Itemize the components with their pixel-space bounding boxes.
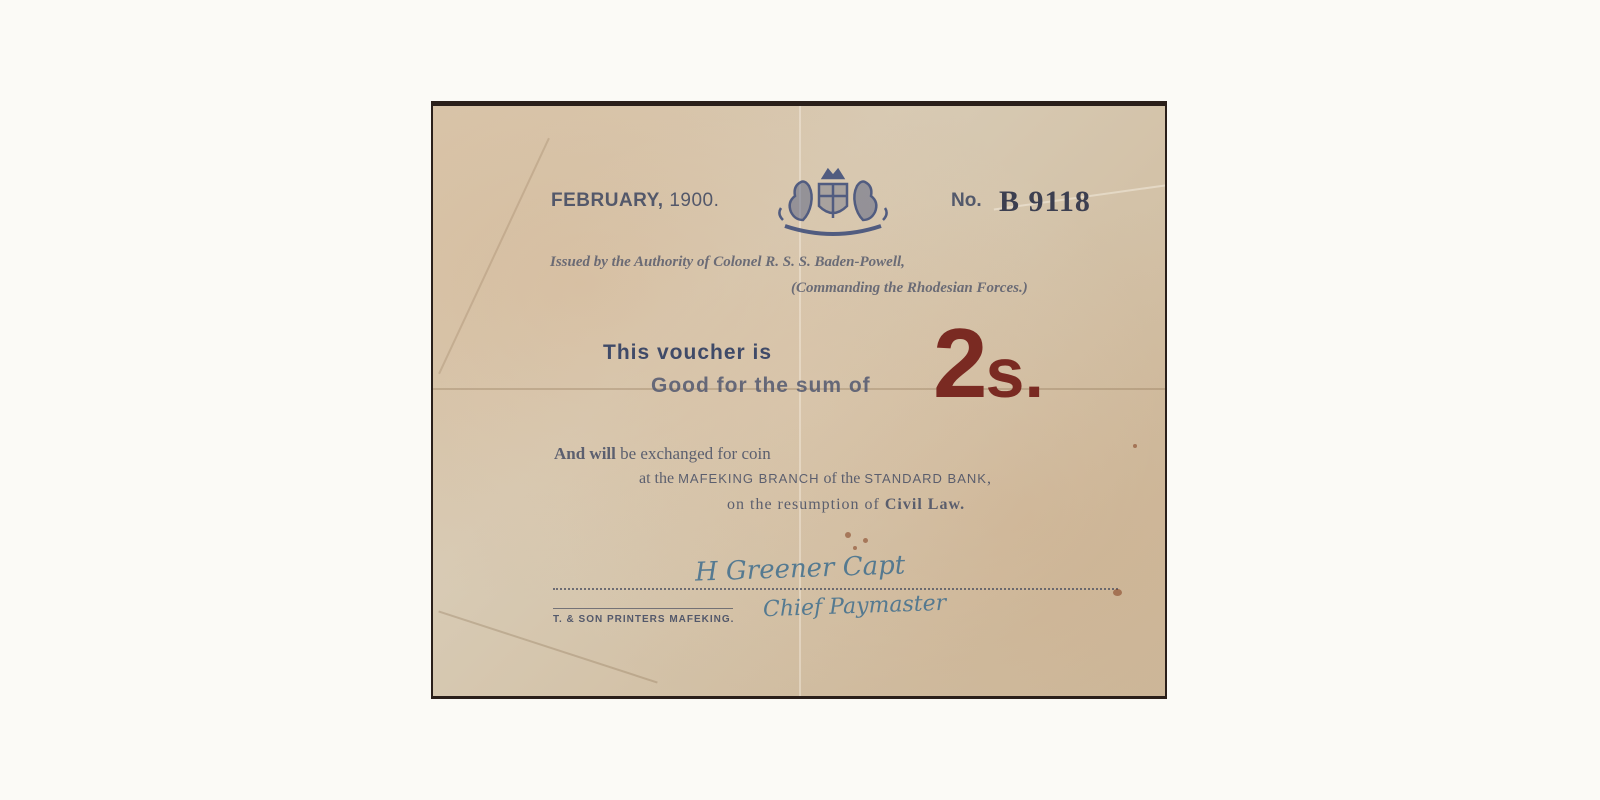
ink-stain — [863, 538, 868, 543]
issue-year: 1900. — [669, 190, 719, 211]
ink-stain — [845, 532, 851, 538]
denomination: 2s. — [933, 314, 1044, 412]
bank-name: STANDARD BANK — [864, 471, 987, 486]
exchange-line-3-bold: Civil Law. — [885, 496, 965, 513]
exchange-line-1-bold: And will — [554, 444, 616, 463]
paper-crease — [438, 138, 550, 374]
exchange-line-1-rest: be exchanged for coin — [616, 444, 771, 463]
denomination-number: 2 — [933, 308, 986, 418]
serial-label: No. — [951, 190, 982, 212]
signature-line — [553, 588, 1118, 590]
issuance-line-2: (Commanding the Rhodesian Forces.) — [791, 280, 1028, 297]
ink-stain — [1133, 444, 1137, 448]
exchange-line-3-pre: on the resumption of — [727, 496, 885, 513]
signature-title: Chief Paymaster — [763, 591, 947, 622]
exchange-line-3: on the resumption of Civil Law. — [727, 496, 965, 514]
exchange-line-2-pre: at the — [639, 470, 678, 487]
denomination-unit: s. — [986, 334, 1044, 412]
exchange-line-1: And will be exchanged for coin — [554, 444, 771, 464]
printer-rule — [553, 608, 733, 609]
ink-stain — [853, 546, 857, 550]
exchange-line-2-mid: of the — [820, 470, 865, 487]
banknote: FEBRUARY, 1900. No. B 9118 Issued by the… — [433, 106, 1165, 696]
signature-name: H Greener Capt — [695, 550, 906, 587]
issuance-line-1: Issued by the Authority of Colonel R. S.… — [550, 254, 905, 271]
branch-name: MAFEKING BRANCH — [678, 471, 819, 486]
exchange-line-2: at the MAFEKING BRANCH of the STANDARD B… — [639, 470, 991, 488]
printer-imprint: T. & SON PRINTERS MAFEKING. — [553, 614, 734, 625]
ink-stain — [1113, 589, 1122, 596]
royal-coat-of-arms-icon — [771, 164, 895, 238]
exchange-line-2-post: , — [987, 470, 991, 487]
issue-month: FEBRUARY, — [551, 190, 664, 211]
issue-date: FEBRUARY, 1900. — [551, 190, 719, 212]
voucher-line-1: This voucher is — [603, 341, 772, 365]
serial-number: B 9118 — [999, 185, 1091, 219]
voucher-line-2: Good for the sum of — [651, 374, 871, 398]
